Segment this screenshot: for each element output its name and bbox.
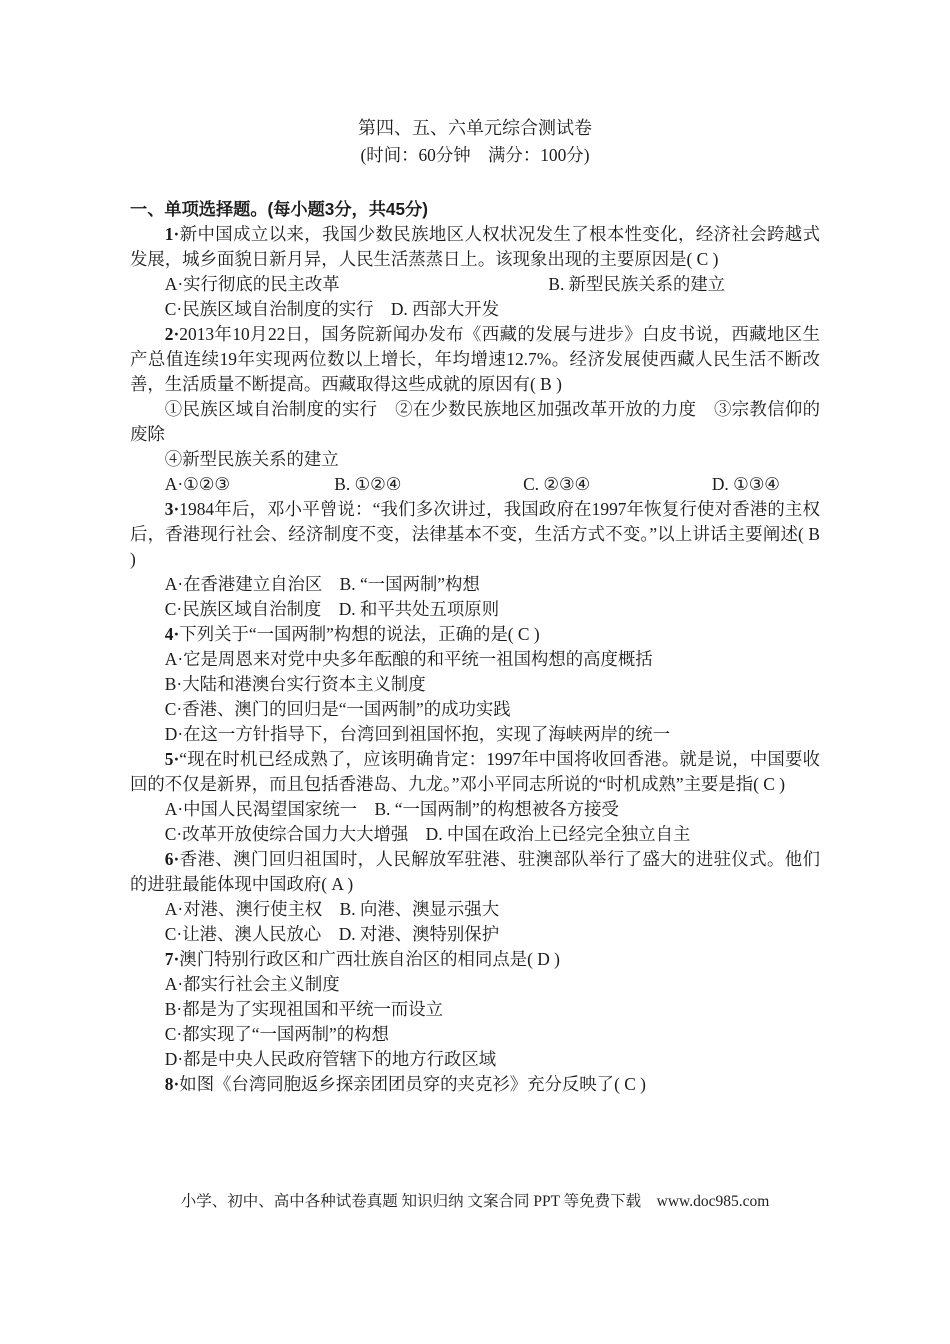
question-stem: 5·“现在时机已经成熟了，应该明确肯定：1997年中国将收回香港。就是说，中国要…: [130, 747, 820, 797]
question-option-line: C·民族区域自治制度的实行 D. 西部大开发: [130, 297, 820, 322]
question-number: 3·: [165, 499, 180, 519]
question-stem: 4·下列关于“一国两制”构想的说法，正确的是( C ): [130, 622, 820, 647]
question-number: 8·: [165, 1074, 180, 1094]
question-option-line: C·民族区域自治制度 D. 和平共处五项原则: [130, 597, 820, 622]
question-list: 1·新中国成立以来，我国少数民族地区人权状况发生了根本性变化，经济社会跨越式发展…: [130, 222, 820, 1097]
question-extra-line: ④新型民族关系的建立: [130, 447, 820, 472]
question-stem: 3·1984年后，邓小平曾说：“我们多次讲过，我国政府在1997年恢复行使对香港…: [130, 497, 820, 572]
question-stem: 8·如图《台湾同胞返乡探亲团团员穿的夹克衫》充分反映了( C ): [130, 1072, 820, 1097]
question-stem: 7·澳门特别行政区和广西壮族自治区的相同点是( D ): [130, 947, 820, 972]
question-extra-line: ①民族区域自治制度的实行 ②在少数民族地区加强改革开放的力度 ③宗教信仰的废除: [130, 397, 820, 447]
exam-paper-page: 第四、五、六单元综合测试卷 (时间：60分钟 满分：100分) 一、单项选择题。…: [0, 0, 950, 1344]
page-subtitle: (时间：60分钟 满分：100分): [130, 142, 820, 169]
question-number: 5·: [165, 749, 180, 769]
question-option-line: A·中国人民渴望国家统一 B. “一国两制”的构想被各方接受: [130, 797, 820, 822]
question-stem: 2·2013年10月22日，国务院新闻办发布《西藏的发展与进步》白皮书说，西藏地…: [130, 322, 820, 397]
question-option-line: C·改革开放使综合国力大大增强 D. 中国在政治上已经完全独立自主: [130, 822, 820, 847]
question-text: 澳门特别行政区和广西壮族自治区的相同点是( D ): [179, 949, 560, 969]
question-option-line: D·在这一方针指导下，台湾回到祖国怀抱，实现了海峡两岸的统一: [130, 722, 820, 747]
question-stem: 1·新中国成立以来，我国少数民族地区人权状况发生了根本性变化，经济社会跨越式发展…: [130, 222, 820, 272]
question-option-line: A·①②③ B. ①②④ C. ②③④ D. ①③④: [130, 472, 820, 497]
question-text: 如图《台湾同胞返乡探亲团团员穿的夹克衫》充分反映了( C ): [179, 1074, 646, 1094]
section-heading: 一、单项选择题。(每小题3分，共45分): [130, 197, 820, 222]
question-option-line: A·它是周恩来对党中央多年酝酿的和平统一祖国构想的高度概括: [130, 647, 820, 672]
question-number: 1·: [165, 224, 180, 244]
question-number: 7·: [165, 949, 180, 969]
footer-note: 小学、初中、高中各种试卷真题 知识归纳 文案合同 PPT 等免费下载 www.d…: [0, 1191, 950, 1213]
question-option-line: A·对港、澳行使主权 B. 向港、澳显示强大: [130, 897, 820, 922]
question-text: 1984年后，邓小平曾说：“我们多次讲过，我国政府在1997年恢复行使对香港的主…: [130, 499, 820, 569]
question-text: 2013年10月22日，国务院新闻办发布《西藏的发展与进步》白皮书说，西藏地区生…: [130, 324, 820, 394]
question-text: 香港、澳门回归祖国时，人民解放军驻港、驻澳部队举行了盛大的进驻仪式。他们的进驻最…: [130, 849, 820, 894]
question-option-line: A·在香港建立自治区 B. “一国两制”构想: [130, 572, 820, 597]
question-option-line: D·都是中央人民政府管辖下的地方行政区域: [130, 1047, 820, 1072]
question-option-line: C·让港、澳人民放心 D. 对港、澳特别保护: [130, 922, 820, 947]
question-option-line: A·都实行社会主义制度: [130, 972, 820, 997]
exam-content: 第四、五、六单元综合测试卷 (时间：60分钟 满分：100分) 一、单项选择题。…: [130, 114, 820, 1097]
question-number: 2·: [165, 324, 180, 344]
question-option-line: B·都是为了实现祖国和平统一而设立: [130, 997, 820, 1022]
question-stem: 6·香港、澳门回归祖国时，人民解放军驻港、驻澳部队举行了盛大的进驻仪式。他们的进…: [130, 847, 820, 897]
question-text: “现在时机已经成熟了，应该明确肯定：1997年中国将收回香港。就是说，中国要收回…: [130, 749, 820, 794]
question-option-line: C·都实现了“一国两制”的构想: [130, 1022, 820, 1047]
question-number: 4·: [165, 624, 180, 644]
question-text: 下列关于“一国两制”构想的说法，正确的是( C ): [179, 624, 539, 644]
page-title: 第四、五、六单元综合测试卷: [130, 114, 820, 142]
question-number: 6·: [165, 849, 180, 869]
question-option-line: A·实行彻底的民主改革 B. 新型民族关系的建立: [130, 272, 820, 297]
question-text: 新中国成立以来，我国少数民族地区人权状况发生了根本性变化，经济社会跨越式发展，城…: [130, 224, 820, 269]
question-option-line: C·香港、澳门的回归是“一国两制”的成功实践: [130, 697, 820, 722]
question-option-line: B·大陆和港澳台实行资本主义制度: [130, 672, 820, 697]
